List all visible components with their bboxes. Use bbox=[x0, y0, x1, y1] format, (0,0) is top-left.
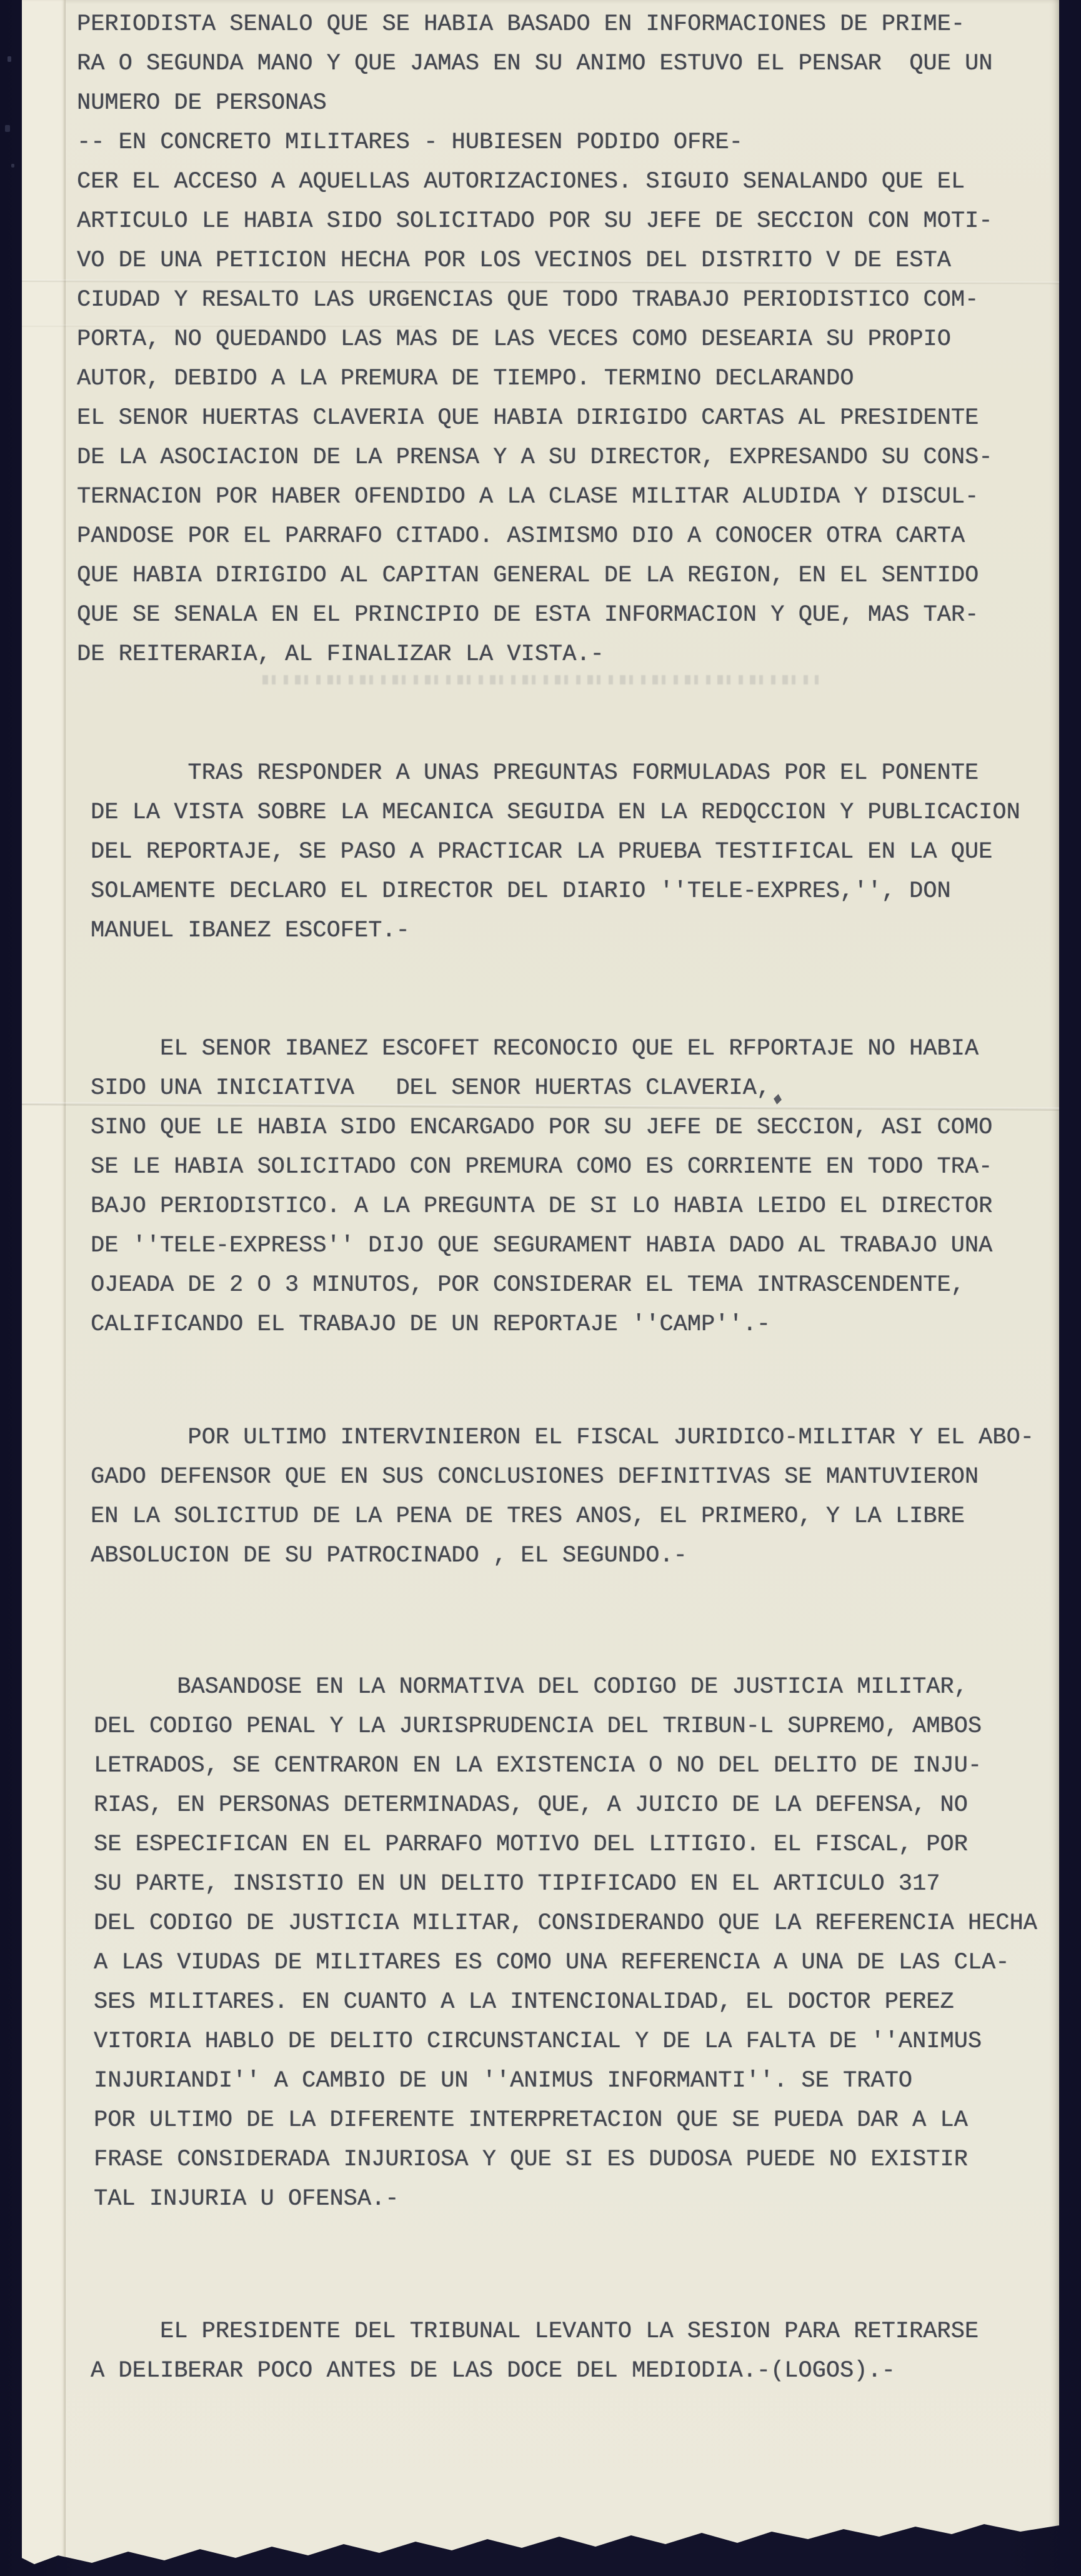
text-line: EL SENOR HUERTAS CLAVERIA QUE HABIA DIRI… bbox=[77, 399, 1037, 438]
scanned-document-photo: PERIODISTA SENALO QUE SE HABIA BASADO EN… bbox=[0, 0, 1081, 2576]
text-line: DE LA ASOCIACION DE LA PRENSA Y A SU DIR… bbox=[77, 438, 1037, 478]
text-line: RIAS, EN PERSONAS DETERMINADAS, QUE, A J… bbox=[94, 1786, 1037, 1825]
text-line: SINO QUE LE HABIA SIDO ENCARGADO POR SU … bbox=[91, 1108, 1037, 1148]
text-line: POR ULTIMO DE LA DIFERENTE INTERPRETACIO… bbox=[94, 2101, 1037, 2140]
paragraph: TRAS RESPONDER A UNAS PREGUNTAS FORMULAD… bbox=[91, 754, 1037, 951]
text-line: AUTOR, DEBIDO A LA PREMURA DE TIEMPO. TE… bbox=[77, 359, 1037, 399]
text-line: VO DE UNA PETICION HECHA POR LOS VECINOS… bbox=[77, 241, 1037, 281]
text-line: PANDOSE POR EL PARRAFO CITADO. ASIMISMO … bbox=[77, 517, 1037, 556]
text-line: SE ESPECIFICAN EN EL PARRAFO MOTIVO DEL … bbox=[94, 1825, 1037, 1865]
text-line: DEL CODIGO DE JUSTICIA MILITAR, CONSIDER… bbox=[94, 1904, 1037, 1943]
text-line: BAJO PERIODISTICO. A LA PREGUNTA DE SI L… bbox=[91, 1187, 1037, 1226]
text-line: SES MILITARES. EN CUANTO A LA INTENCIONA… bbox=[94, 1983, 1037, 2022]
text-line: SU PARTE, INSISTIO EN UN DELITO TIPIFICA… bbox=[94, 1865, 1037, 1904]
dust-speck bbox=[7, 56, 11, 62]
text-line: SE LE HABIA SOLICITADO CON PREMURA COMO … bbox=[91, 1148, 1037, 1187]
paragraph: BASANDOSE EN LA NORMATIVA DEL CODIGO DE … bbox=[94, 1668, 1037, 2219]
paragraph: PERIODISTA SENALO QUE SE HABIA BASADO EN… bbox=[77, 5, 1037, 674]
text-line: CER EL ACCESO A AQUELLAS AUTORIZACIONES.… bbox=[77, 163, 1037, 202]
dust-speck bbox=[11, 164, 14, 168]
dust-speck bbox=[5, 125, 10, 132]
text-line: NUMERO DE PERSONAS bbox=[77, 84, 1037, 123]
text-line: EL SENOR IBANEZ ESCOFET RECONOCIO QUE EL… bbox=[91, 1030, 1037, 1069]
text-line: SIDO UNA INICIATIVA DEL SENOR HUERTAS CL… bbox=[91, 1069, 1037, 1108]
text-line: GADO DEFENSOR QUE EN SUS CONCLUSIONES DE… bbox=[91, 1458, 1037, 1497]
text-line: OJEADA DE 2 O 3 MINUTOS, POR CONSIDERAR … bbox=[91, 1266, 1037, 1305]
text-line: ABSOLUCION DE SU PATROCINADO , EL SEGUND… bbox=[91, 1536, 1037, 1576]
text-line: RA O SEGUNDA MANO Y QUE JAMAS EN SU ANIM… bbox=[77, 44, 1037, 84]
text-line: FRASE CONSIDERADA INJURIOSA Y QUE SI ES … bbox=[94, 2140, 1037, 2180]
text-line: PORTA, NO QUEDANDO LAS MAS DE LAS VECES … bbox=[77, 320, 1037, 359]
text-line: QUE SE SENALA EN EL PRINCIPIO DE ESTA IN… bbox=[77, 596, 1037, 635]
typewritten-page: PERIODISTA SENALO QUE SE HABIA BASADO EN… bbox=[22, 0, 1059, 2576]
text-line: INJURIANDI'' A CAMBIO DE UN ''ANIMUS INF… bbox=[94, 2062, 1037, 2101]
text-line: TAL INJURIA U OFENSA.- bbox=[94, 2180, 1037, 2219]
text-line: ARTICULO LE HABIA SIDO SOLICITADO POR SU… bbox=[77, 202, 1037, 241]
paragraph: EL PRESIDENTE DEL TRIBUNAL LEVANTO LA SE… bbox=[91, 2312, 1037, 2391]
text-line: MANUEL IBANEZ ESCOFET.- bbox=[91, 911, 1037, 951]
text-line: DE ''TELE-EXPRESS'' DIJO QUE SEGURAMENT … bbox=[91, 1226, 1037, 1266]
paragraph: POR ULTIMO INTERVINIERON EL FISCAL JURID… bbox=[91, 1418, 1037, 1576]
typewritten-text: PERIODISTA SENALO QUE SE HABIA BASADO EN… bbox=[77, 5, 1037, 2391]
text-line: PERIODISTA SENALO QUE SE HABIA BASADO EN… bbox=[77, 5, 1037, 44]
text-line: POR ULTIMO INTERVINIERON EL FISCAL JURID… bbox=[91, 1418, 1037, 1458]
paragraph: EL SENOR IBANEZ ESCOFET RECONOCIO QUE EL… bbox=[91, 1030, 1037, 1345]
text-line: DE LA VISTA SOBRE LA MECANICA SEGUIDA EN… bbox=[91, 793, 1037, 833]
text-line: SOLAMENTE DECLARO EL DIRECTOR DEL DIARIO… bbox=[91, 872, 1037, 911]
text-line: QUE HABIA DIRIGIDO AL CAPITAN GENERAL DE… bbox=[77, 556, 1037, 596]
text-line: CALIFICANDO EL TRABAJO DE UN REPORTAJE '… bbox=[91, 1305, 1037, 1345]
text-line: CIUDAD Y RESALTO LAS URGENCIAS QUE TODO … bbox=[77, 281, 1037, 320]
text-line: LETRADOS, SE CENTRARON EN LA EXISTENCIA … bbox=[94, 1747, 1037, 1786]
text-line: DEL CODIGO PENAL Y LA JURISPRUDENCIA DEL… bbox=[94, 1707, 1037, 1747]
text-line: A DELIBERAR POCO ANTES DE LAS DOCE DEL M… bbox=[91, 2352, 1037, 2391]
text-line: -- EN CONCRETO MILITARES - HUBIESEN PODI… bbox=[77, 123, 1037, 163]
text-line: TRAS RESPONDER A UNAS PREGUNTAS FORMULAD… bbox=[91, 754, 1037, 793]
text-line: EN LA SOLICITUD DE LA PENA DE TRES ANOS,… bbox=[91, 1497, 1037, 1536]
text-line: TERNACION POR HABER OFENDIDO A LA CLASE … bbox=[77, 478, 1037, 517]
paper-left-edge-strip bbox=[22, 0, 66, 2576]
text-line: EL PRESIDENTE DEL TRIBUNAL LEVANTO LA SE… bbox=[91, 2312, 1037, 2352]
text-line: VITORIA HABLO DE DELITO CIRCUNSTANCIAL Y… bbox=[94, 2022, 1037, 2062]
text-line: DEL REPORTAJE, SE PASO A PRACTICAR LA PR… bbox=[91, 833, 1037, 872]
text-line: A LAS VIUDAS DE MILITARES ES COMO UNA RE… bbox=[94, 1943, 1037, 1983]
text-line: DE REITERARIA, AL FINALIZAR LA VISTA.- bbox=[77, 635, 1037, 674]
text-line: BASANDOSE EN LA NORMATIVA DEL CODIGO DE … bbox=[94, 1668, 1037, 1707]
